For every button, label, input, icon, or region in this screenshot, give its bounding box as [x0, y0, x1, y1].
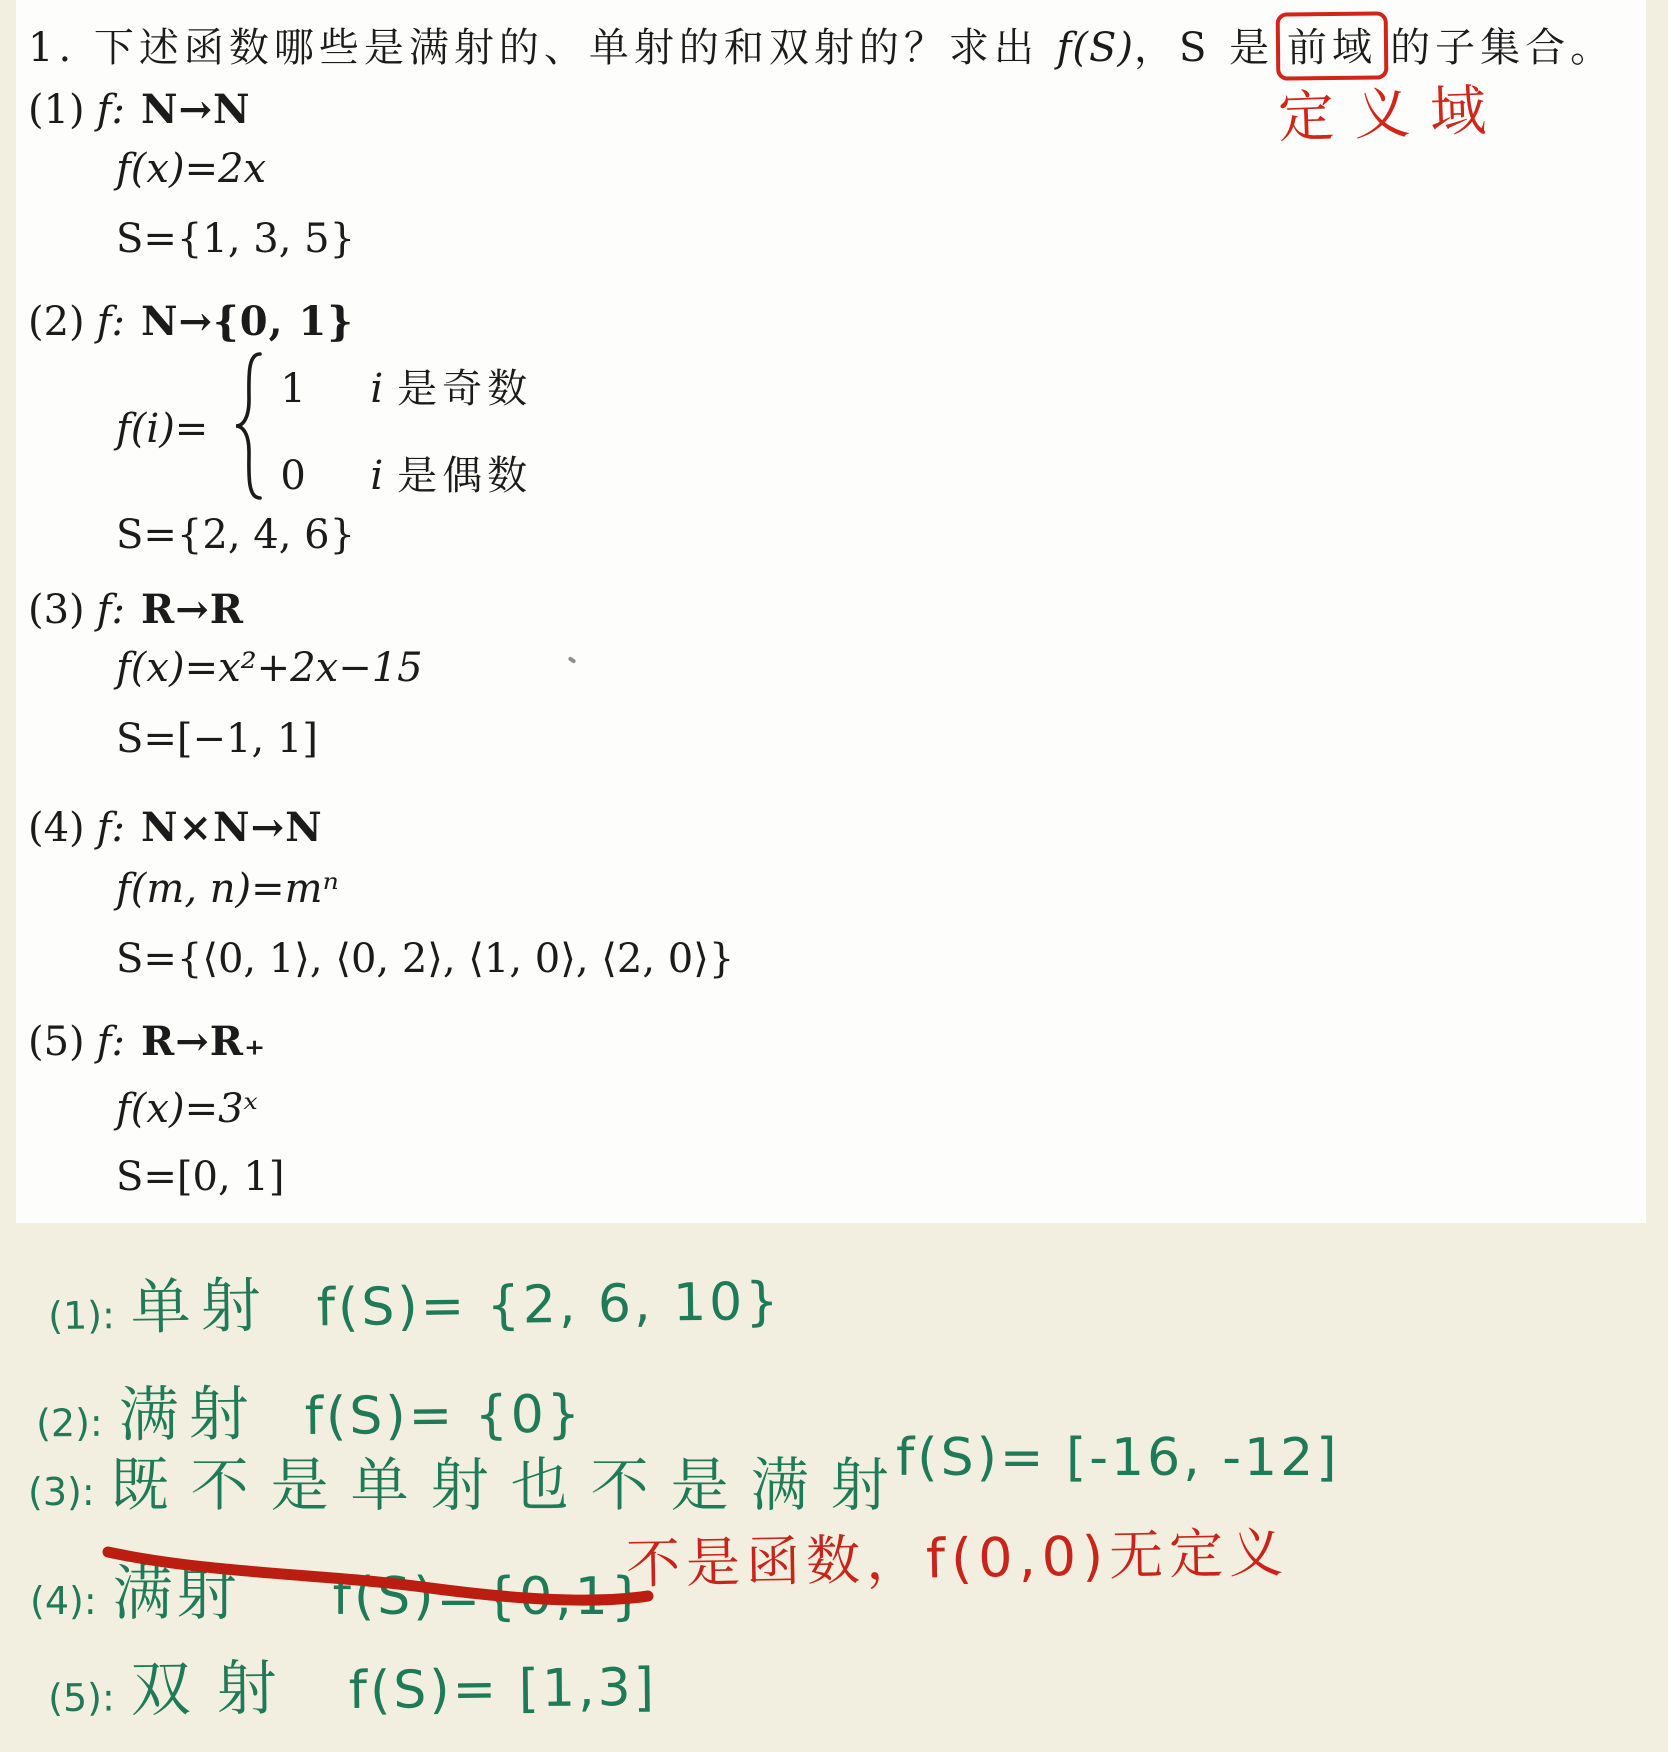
answer-5-number: (5): — [48, 1675, 115, 1720]
item-3-set: S=[−1, 1] — [116, 716, 318, 762]
answer-1-result: f(S)= {2, 6, 10} — [316, 1272, 781, 1338]
answer-1-verdict: 单射 — [130, 1271, 271, 1343]
item-5-number: (5) — [28, 1019, 85, 1065]
title-text-mid: ，S 是 — [1134, 25, 1274, 71]
item-4-mapping: N×N→N — [141, 804, 323, 851]
case-even-variable: i — [370, 453, 383, 499]
title-text-pre: 1. 下述函数哪些是满射的、单射的和双射的？求出 — [28, 25, 1057, 71]
item-2-fname: f: — [97, 299, 125, 345]
answer-3-verdict: 既不是单射也不是满射 — [111, 1451, 911, 1519]
item-2-set: S={2, 4, 6} — [116, 512, 355, 558]
answer-5-verdict: 双射 — [130, 1654, 303, 1726]
item-3-mapping: R→R — [141, 586, 244, 633]
item-4-formula: f(m, n)=mⁿ — [116, 866, 339, 912]
answer-row-1: (1):单射f(S)= {2, 6, 10} — [47, 1251, 781, 1347]
title-text-post: 的子集合。 — [1390, 25, 1615, 71]
handwritten-red-correction: 定义域 — [1277, 66, 1508, 154]
item-1-number: (1) — [28, 87, 85, 133]
item-2-number: (2) — [28, 299, 85, 345]
item-3-header: (3)f:R→R — [28, 586, 244, 633]
item-1-fname: f: — [97, 87, 125, 133]
piecewise-lhs: f(i)= — [116, 406, 208, 452]
item-3-fname: f: — [97, 587, 125, 633]
item-5-fname: f: — [97, 1019, 125, 1065]
item-3-number: (3) — [28, 587, 85, 633]
answer-row-3: (3):既不是单射也不是满射f(S)= [-16, -12] — [28, 1438, 1608, 1522]
item-2-mapping: N→{0, 1} — [141, 298, 354, 345]
answer-3-result: f(S)= [-16, -12] — [896, 1428, 1339, 1488]
item-1-mapping: N→N — [141, 86, 251, 133]
answer-row-5: (5):双射f(S)= [1,3] — [48, 1637, 658, 1729]
answer-1-number: (1): — [48, 1293, 115, 1338]
scan-speck — [568, 656, 577, 664]
item-1-header: (1)f:N→N — [28, 86, 251, 133]
item-4-header: (4)f:N×N→N — [28, 804, 323, 851]
item-4-set: S={⟨0, 1⟩, ⟨0, 2⟩, ⟨1, 0⟩, ⟨2, 0⟩} — [116, 936, 734, 982]
item-5-formula: f(x)=3ˣ — [116, 1086, 258, 1132]
item-5-set: S=[0, 1] — [116, 1154, 284, 1200]
item-1-set: S={1, 3, 5} — [116, 216, 355, 262]
case-even-value: 0 — [280, 453, 370, 499]
case-odd-variable: i — [370, 366, 383, 412]
item-3-formula: f(x)=x²+2x−15 — [116, 645, 423, 691]
item-4-number: (4) — [28, 805, 85, 851]
title-math-fs: f(S) — [1057, 25, 1134, 71]
item-2-piecewise-definition: f(i)= 1i是奇数 0i是偶数 — [116, 350, 532, 507]
item-5-header: (5)f:R→R₊ — [28, 1018, 266, 1065]
answer-3-number: (3): — [28, 1470, 95, 1514]
item-2-header: (2)f:N→{0, 1} — [28, 298, 354, 345]
piecewise-case-even: 0i是偶数 — [280, 444, 532, 501]
piecewise-case-odd: 1i是奇数 — [280, 357, 532, 414]
item-1-formula: f(x)=2x — [116, 146, 266, 192]
case-odd-value: 1 — [280, 366, 370, 412]
answer-4-number: (4): — [30, 1579, 97, 1623]
item-4-fname: f: — [97, 805, 125, 851]
case-even-condition: 是偶数 — [397, 453, 532, 499]
piecewise-cases: 1i是奇数 0i是偶数 — [280, 357, 532, 501]
red-grader-annotation: 不是函数，f(0,0)无定义 — [625, 1510, 1289, 1599]
item-5-mapping: R→R₊ — [141, 1018, 266, 1065]
red-strikethrough-mark — [100, 1540, 660, 1620]
annotated-textbook-page: 1. 下述函数哪些是满射的、单射的和双射的？求出 f(S)，S 是前域的子集合。… — [0, 0, 1668, 1752]
curly-brace — [232, 350, 264, 507]
case-odd-condition: 是奇数 — [397, 366, 532, 412]
textbook-paper: 1. 下述函数哪些是满射的、单射的和双射的？求出 f(S)，S 是前域的子集合。… — [16, 0, 1646, 1223]
answer-5-result: f(S)= [1,3] — [348, 1658, 657, 1721]
